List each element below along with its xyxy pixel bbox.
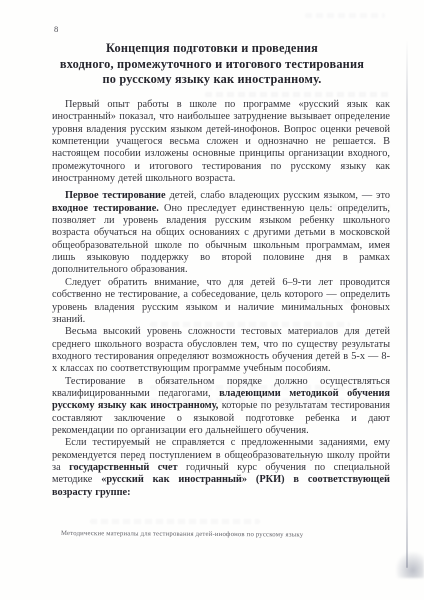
body-paragraph: Следует обратить внимание, что для детей… <box>52 277 390 326</box>
page-title-line-2: входного, промежуточного и итогового тес… <box>32 57 392 73</box>
page-corner-shadow <box>396 552 424 578</box>
scanned-book-page: 8 Концепция подготовки и проведения вход… <box>0 0 424 600</box>
page-number: 8 <box>54 24 59 34</box>
bleed-through-text <box>305 13 385 18</box>
page-title-line-1: Концепция подготовки и проведения <box>32 41 392 57</box>
body-paragraph: Первое тестирование детей, слабо владеющ… <box>52 190 390 276</box>
running-footer: Методические материалы для тестирования … <box>61 530 303 538</box>
body-paragraph: Если тестируемый не справляется с предло… <box>52 437 390 499</box>
page-edge-line <box>406 40 408 568</box>
body-paragraph: Первый опыт работы в школе по программе … <box>52 99 390 185</box>
body-text: Первый опыт работы в школе по программе … <box>52 99 390 499</box>
bleed-through-text <box>205 92 390 97</box>
body-paragraph: Тестирование в обязательном порядке долж… <box>52 376 390 438</box>
body-paragraph: Весьма высокий уровень сложности тестовы… <box>52 326 390 375</box>
page-title-line-3: по русскому языку как иностранному. <box>32 72 392 88</box>
bleed-through-text <box>90 519 260 524</box>
page-title: Концепция подготовки и проведения входно… <box>32 41 392 88</box>
